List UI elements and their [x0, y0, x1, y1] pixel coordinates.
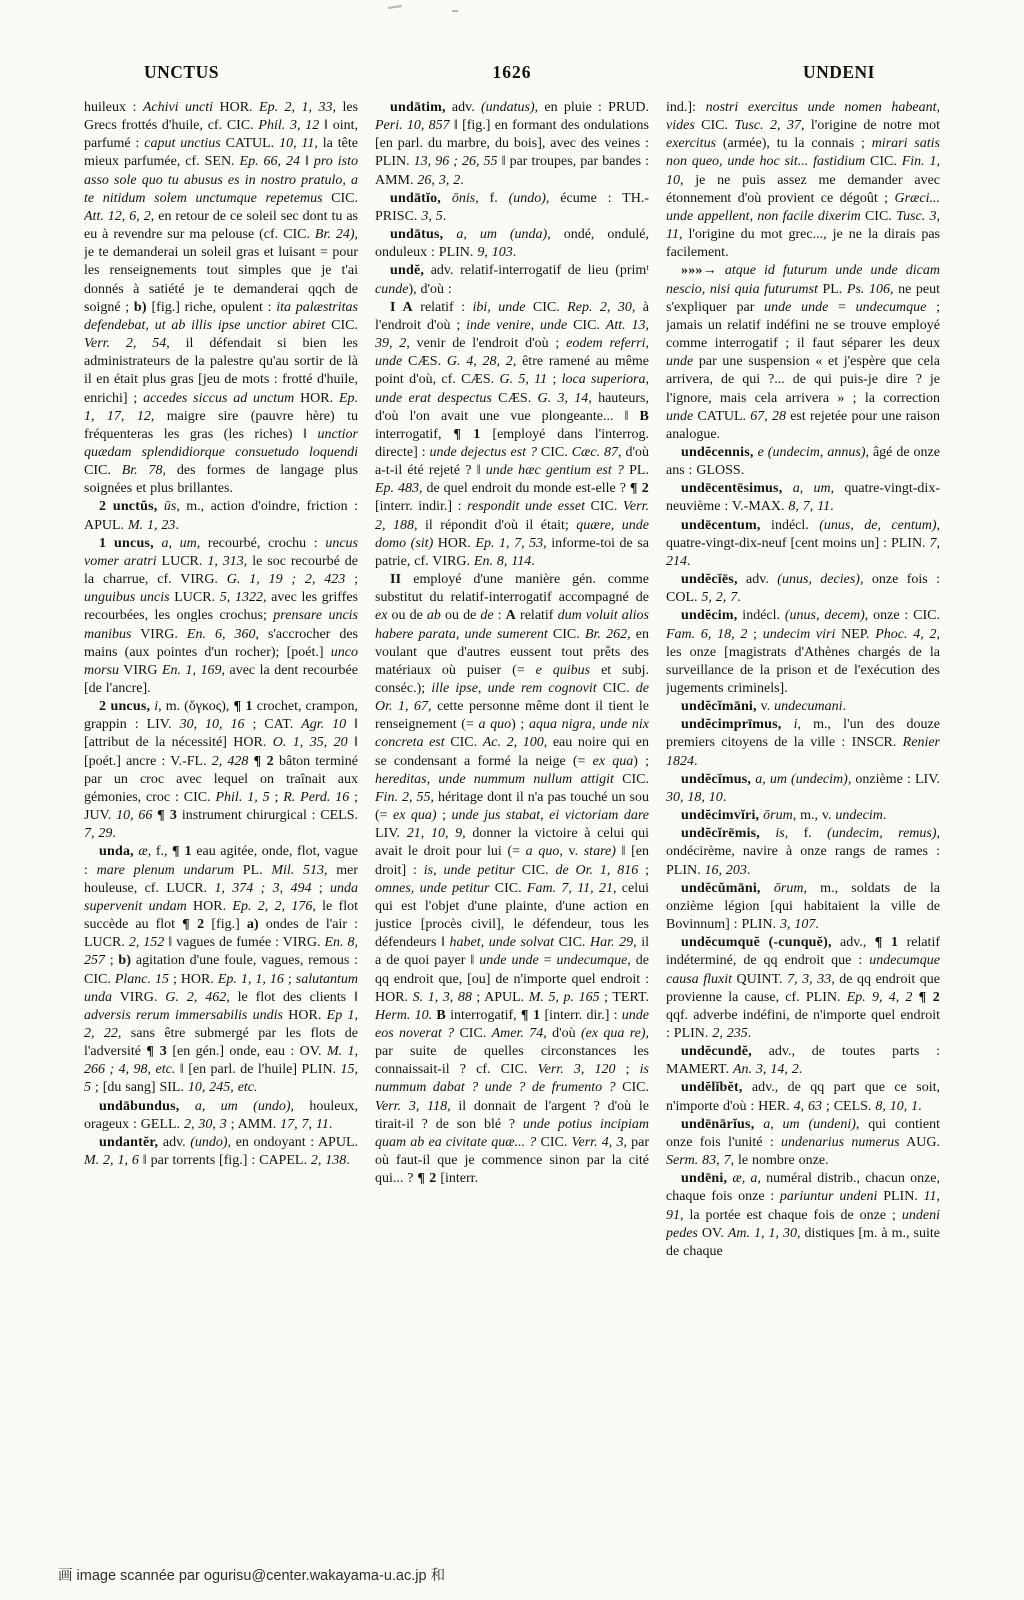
entry-paragraph: unda, æ, f., ¶ 1 eau agitée, onde, flot,…: [84, 843, 358, 1097]
scan-artifact: [388, 5, 402, 9]
entry-paragraph: undantĕr, adv. (undo), en ondoyant : APU…: [84, 1134, 358, 1170]
entry-paragraph: I A relatif : ibi, unde CIC. Rep. 2, 30,…: [375, 299, 649, 571]
entry-paragraph: ind.]: nostri exercitus unde nomen habea…: [666, 99, 940, 262]
entry-paragraph: undĕcennis, e (undecim, annus), âgé de o…: [666, 444, 940, 480]
column-2: undātim, adv. (undatus), en pluie : PRUD…: [375, 99, 649, 1551]
entry-paragraph: »»»→ atque id futurum unde unde dicam ne…: [666, 262, 940, 444]
page-header: UNCTUS 1626 UNDENI: [84, 62, 940, 88]
entry-paragraph: undēcentum, indécl. (unus, de, centum), …: [666, 517, 940, 571]
entry-paragraph: undĕcimprīmus, i, m., l'un des douze pre…: [666, 716, 940, 770]
entry-paragraph: undĕcĭmāni, v. undecumani.: [666, 698, 940, 716]
column-1: huileux : Achivi uncti HOR. Ep. 2, 1, 33…: [84, 99, 358, 1551]
entry-paragraph: undātĭo, ōnis, f. (undo), écume : TH.-PR…: [375, 190, 649, 226]
entry-paragraph: undĕcimvĭri, ōrum, m., v. undecim.: [666, 807, 940, 825]
entry-paragraph: 1 uncus, a, um, recourbé, crochu : uncus…: [84, 535, 358, 698]
entry-paragraph: undĕcumquĕ (-cunquĕ), adv., ¶ 1 relatif …: [666, 934, 940, 1043]
entry-paragraph: 2 unctŭs, ūs, m., action d'oindre, frict…: [84, 498, 358, 534]
scan-credit: 画 image scannée par ogurisu@center.wakay…: [58, 1564, 445, 1585]
scan-artifact: [452, 10, 458, 12]
entry-paragraph: undĕcĭēs, adv. (unus, decies), onze fois…: [666, 571, 940, 607]
entry-paragraph: II employé d'une manière gén. comme subs…: [375, 571, 649, 1188]
entry-paragraph: undĕcĭmus, a, um (undecim), onzième : LI…: [666, 771, 940, 807]
entry-paragraph: undĕ, adv. relatif-interrogatif de lieu …: [375, 262, 649, 298]
entry-paragraph: undĕlĭbĕt, adv., de qq part que ce soit,…: [666, 1079, 940, 1115]
entry-paragraph: 2 uncus, i, m. (ὄγκος), ¶ 1 crochet, cra…: [84, 698, 358, 843]
running-head-right: UNDENI: [803, 62, 875, 83]
entry-paragraph: undābundus, a, um (undo), houleux, orage…: [84, 1098, 358, 1134]
dictionary-text-block: huileux : Achivi uncti HOR. Ep. 2, 1, 33…: [84, 99, 942, 1551]
entry-paragraph: undātim, adv. (undatus), en pluie : PRUD…: [375, 99, 649, 190]
entry-paragraph: undĕcĭrēmis, is, f. (undecim, remus), on…: [666, 825, 940, 879]
entry-paragraph: huileux : Achivi uncti HOR. Ep. 2, 1, 33…: [84, 99, 358, 498]
entry-paragraph: undēcentēsimus, a, um, quatre-vingt-dix-…: [666, 480, 940, 516]
entry-paragraph: undēnārĭus, a, um (undeni), qui contient…: [666, 1116, 940, 1170]
entry-paragraph: undātus, a, um (unda), ondé, ondulé, ond…: [375, 226, 649, 262]
entry-paragraph: undĕcim, indécl. (unus, decem), onze : C…: [666, 607, 940, 698]
column-3: ind.]: nostri exercitus unde nomen habea…: [666, 99, 940, 1551]
entry-paragraph: undĕcundĕ, adv., de toutes parts : MAMER…: [666, 1043, 940, 1079]
entry-paragraph: undĕcŭmāni, ōrum, m., soldats de la onzi…: [666, 880, 940, 934]
entry-paragraph: undēni, æ, a, numéral distrib., chacun o…: [666, 1170, 940, 1261]
